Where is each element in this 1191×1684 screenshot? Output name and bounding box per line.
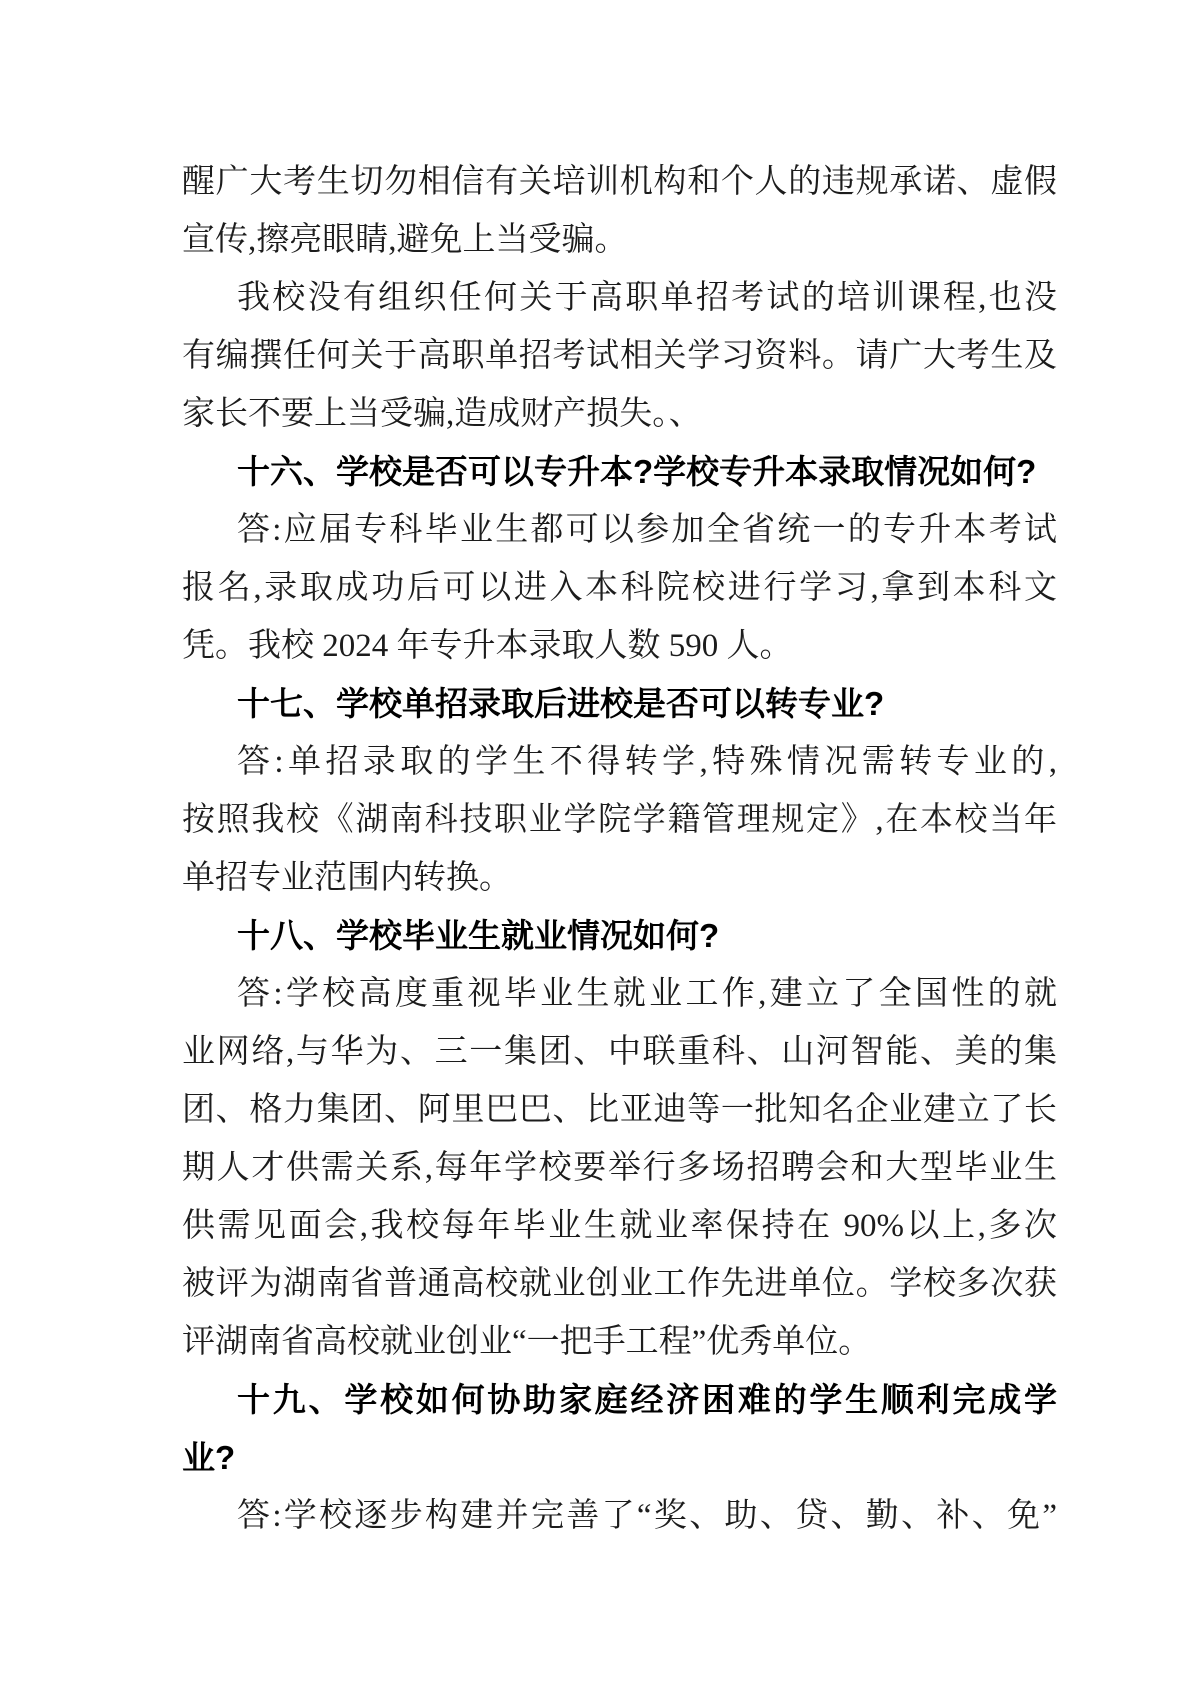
question-16: 十六、学校是否可以专升本?学校专升本录取情况如何? (182, 443, 1057, 501)
answer-19: 答:学校逐步构建并完善了“奖、助、贷、勤、补、免” (182, 1487, 1057, 1545)
text-line: 被评为湖南省普通高校就业创业工作先进单位。学校多次获 (182, 1255, 1057, 1313)
answer-18: 答:学校高度重视毕业生就业工作,建立了全国性的就 业网络,与华为、三一集团、中联… (182, 965, 1057, 1371)
question-19-heading: 十九、学校如何协助家庭经济困难的学生顺利完成学 (182, 1371, 1057, 1429)
text-line: 答:学校逐步构建并完善了“奖、助、贷、勤、补、免” (182, 1487, 1057, 1545)
paragraph-warning-continuation: 醒广大考生切勿相信有关培训机构和个人的违规承诺、虚假 宣传,擦亮眼睛,避免上当受… (182, 153, 1057, 269)
text-line: 报名,录取成功后可以进入本科院校进行学习,拿到本科文 (182, 559, 1057, 617)
text-line: 家长不要上当受骗,造成财产损失。、 (182, 385, 1057, 443)
question-19: 十九、学校如何协助家庭经济困难的学生顺利完成学 业? (182, 1371, 1057, 1487)
text-line: 有编撰任何关于高职单招考试相关学习资料。请广大考生及 (182, 327, 1057, 385)
question-18: 十八、学校毕业生就业情况如何? (182, 907, 1057, 965)
text-line: 按照我校《湖南科技职业学院学籍管理规定》,在本校当年 (182, 791, 1057, 849)
text-line: 答:学校高度重视毕业生就业工作,建立了全国性的就 (182, 965, 1057, 1023)
question-18-heading: 十八、学校毕业生就业情况如何? (182, 907, 1057, 965)
text-line: 单招专业范围内转换。 (182, 849, 1057, 907)
question-19-heading-line2: 业? (182, 1429, 1057, 1487)
text-line: 答:单招录取的学生不得转学,特殊情况需转专业的, (182, 733, 1057, 791)
answer-16: 答:应届专科毕业生都可以参加全省统一的专升本考试 报名,录取成功后可以进入本科院… (182, 501, 1057, 675)
text-line: 供需见面会,我校每年毕业生就业率保持在 90%以上,多次 (182, 1197, 1057, 1255)
question-16-heading: 十六、学校是否可以专升本?学校专升本录取情况如何? (182, 443, 1057, 501)
text-line: 答:应届专科毕业生都可以参加全省统一的专升本考试 (182, 501, 1057, 559)
text-line: 凭。我校 2024 年专升本录取人数 590 人。 (182, 617, 1057, 675)
question-17-heading: 十七、学校单招录取后进校是否可以转专业? (182, 675, 1057, 733)
text-line: 醒广大考生切勿相信有关培训机构和个人的违规承诺、虚假 (182, 153, 1057, 211)
text-line: 宣传,擦亮眼睛,避免上当受骗。 (182, 211, 1057, 269)
answer-17: 答:单招录取的学生不得转学,特殊情况需转专业的, 按照我校《湖南科技职业学院学籍… (182, 733, 1057, 907)
question-17: 十七、学校单招录取后进校是否可以转专业? (182, 675, 1057, 733)
document-page: 醒广大考生切勿相信有关培训机构和个人的违规承诺、虚假 宣传,擦亮眼睛,避免上当受… (0, 0, 1191, 1684)
text-line: 我校没有组织任何关于高职单招考试的培训课程,也没 (182, 269, 1057, 327)
paragraph-no-training-courses: 我校没有组织任何关于高职单招考试的培训课程,也没 有编撰任何关于高职单招考试相关… (182, 269, 1057, 443)
text-line: 评湖南省高校就业创业“一把手工程”优秀单位。 (182, 1313, 1057, 1371)
text-line: 业网络,与华为、三一集团、中联重科、山河智能、美的集 (182, 1023, 1057, 1081)
text-line: 团、格力集团、阿里巴巴、比亚迪等一批知名企业建立了长 (182, 1081, 1057, 1139)
text-line: 期人才供需关系,每年学校要举行多场招聘会和大型毕业生 (182, 1139, 1057, 1197)
document-content: 醒广大考生切勿相信有关培训机构和个人的违规承诺、虚假 宣传,擦亮眼睛,避免上当受… (0, 0, 1057, 1545)
